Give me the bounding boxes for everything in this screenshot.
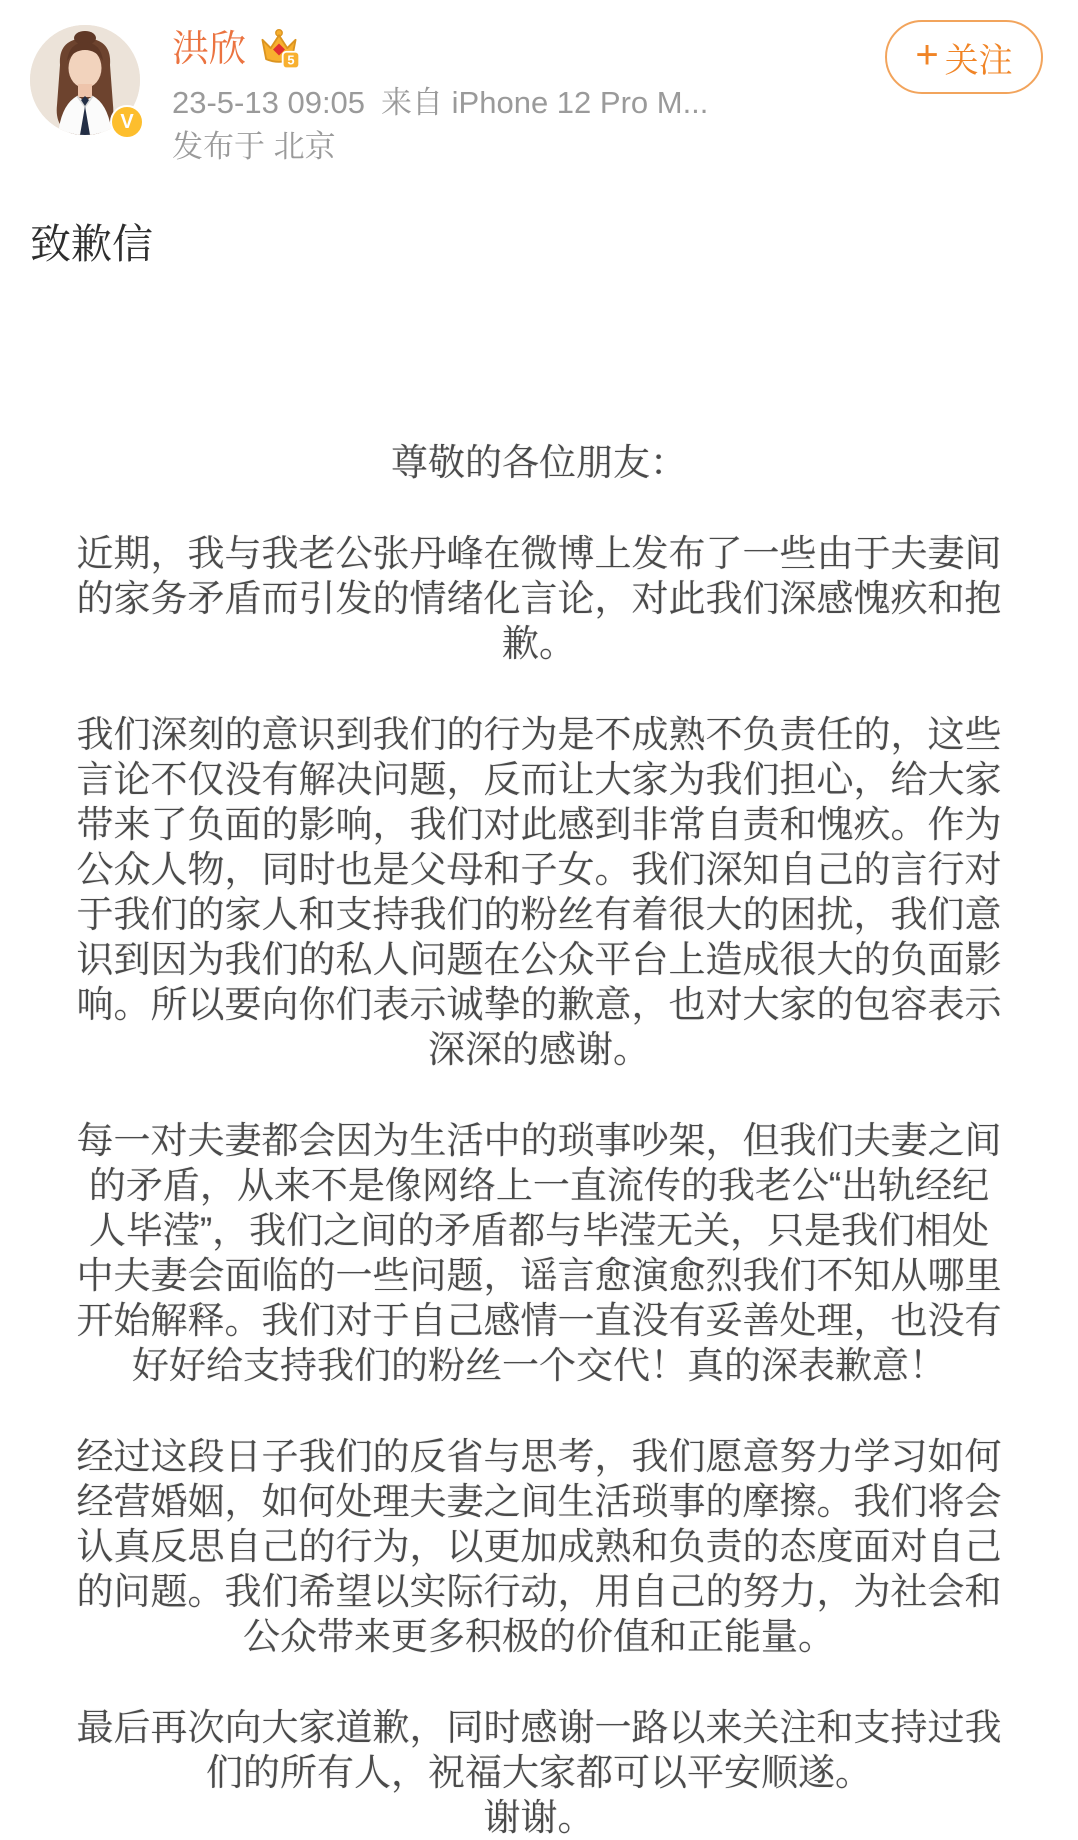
verified-badge-icon: V (110, 105, 144, 139)
vip-level-number: 5 (287, 53, 294, 68)
post-text: 致歉信 (30, 216, 1048, 272)
letter-paragraph: 近期，我与我老公张丹峰在微博上发布了一些由于夫妻间的家务矛盾而引发的情绪化言论，… (74, 531, 1004, 666)
weibo-post: V 洪欣 5 23-5-13 09:05来自 iPhone 12 Pro M..… (0, 0, 1078, 1840)
letter-paragraph: 最后再次向大家道歉，同时感谢一路以来关注和支持过我们的所有人，祝福大家都可以平安… (74, 1705, 1004, 1840)
avatar[interactable]: V (30, 25, 140, 135)
plus-icon: + (915, 33, 938, 78)
location-label: 发布于 北京 (172, 130, 336, 164)
follow-button[interactable]: + 关注 (885, 20, 1043, 94)
post-header: V 洪欣 5 23-5-13 09:05来自 iPhone 12 Pro M..… (0, 0, 1078, 164)
apology-letter-image[interactable]: 尊敬的各位朋友：近期，我与我老公张丹峰在微博上发布了一些由于夫妻间的家务矛盾而引… (74, 440, 1004, 1840)
letter-paragraph: 经过这段日子我们的反省与思考，我们愿意努力学习如何经营婚姻，如何处理夫妻之间生活… (74, 1434, 1004, 1659)
letter-paragraph: 我们深刻的意识到我们的行为是不成熟不负责任的，这些言论不仅没有解决问题，反而让大… (74, 712, 1004, 1072)
letter-paragraph: 尊敬的各位朋友： (74, 440, 1004, 485)
username-link[interactable]: 洪欣 (172, 28, 246, 70)
vip-crown-icon: 5 (256, 27, 302, 71)
device-source[interactable]: 来自 iPhone 12 Pro M... (381, 86, 708, 120)
letter-paragraph: 每一对夫妻都会因为生活中的琐事吵架，但我们夫妻之间的矛盾，从来不是像网络上一直流… (74, 1118, 1004, 1388)
follow-button-label: 关注 (945, 33, 1013, 82)
timestamp: 23-5-13 09:05 (172, 86, 365, 120)
